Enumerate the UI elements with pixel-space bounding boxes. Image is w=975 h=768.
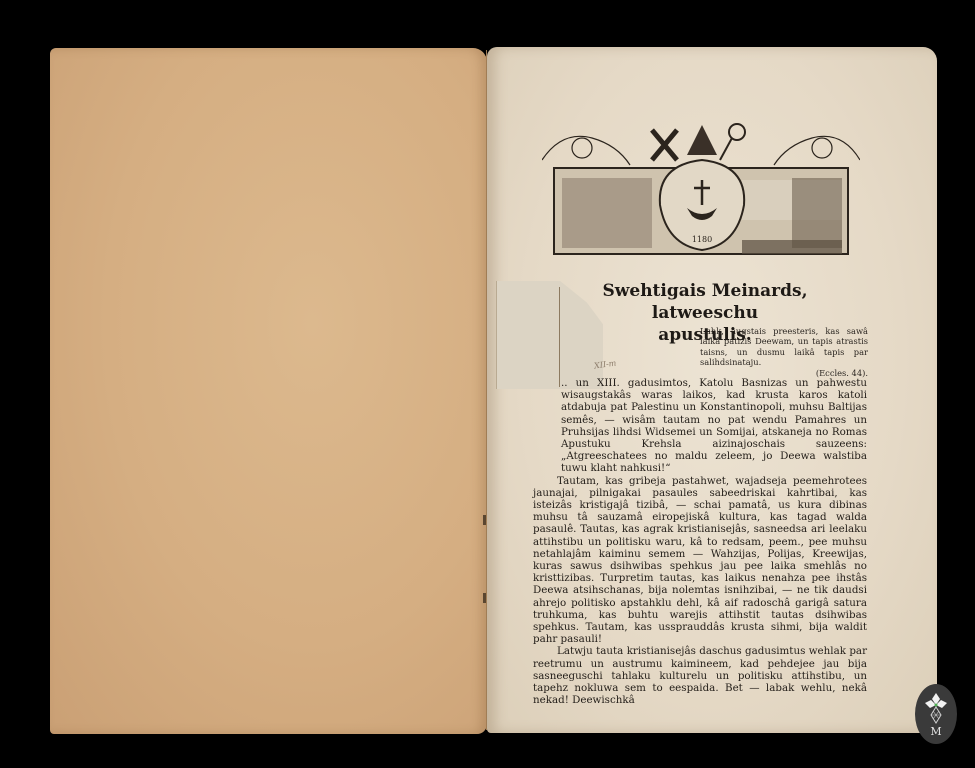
- title-line-1: Swehtigais Meinards, latweeschu: [560, 280, 850, 324]
- flower-monogram-icon: M: [921, 691, 951, 737]
- engraving-illustration-icon: 1180: [542, 120, 860, 257]
- paragraph-3: Latwju tauta kristianisejâs daschus gadu…: [533, 645, 867, 706]
- paragraph-2: Tautam, kas gribeja pastahwet, wajadseja…: [533, 475, 867, 646]
- svg-text:1180: 1180: [692, 235, 712, 244]
- watermark-badge: M: [915, 684, 957, 744]
- paragraph-1: .. un XIII. gadusimtos, Katolu Basnizas …: [533, 377, 867, 475]
- epigraph-text: Luhk, augstais preesteris, kas sawâ laik…: [700, 326, 868, 367]
- body-text: .. un XIII. gadusimtos, Katolu Basnizas …: [533, 377, 867, 706]
- svg-text:M: M: [930, 725, 941, 737]
- binding-stitch: [483, 593, 486, 603]
- left-page-blank: [50, 48, 487, 734]
- book-spine: [486, 50, 487, 730]
- header-engraving: 1180: [542, 120, 860, 257]
- binding-stitch: [483, 515, 486, 525]
- epigraph: Luhk, augstais preesteris, kas sawâ laik…: [700, 326, 868, 378]
